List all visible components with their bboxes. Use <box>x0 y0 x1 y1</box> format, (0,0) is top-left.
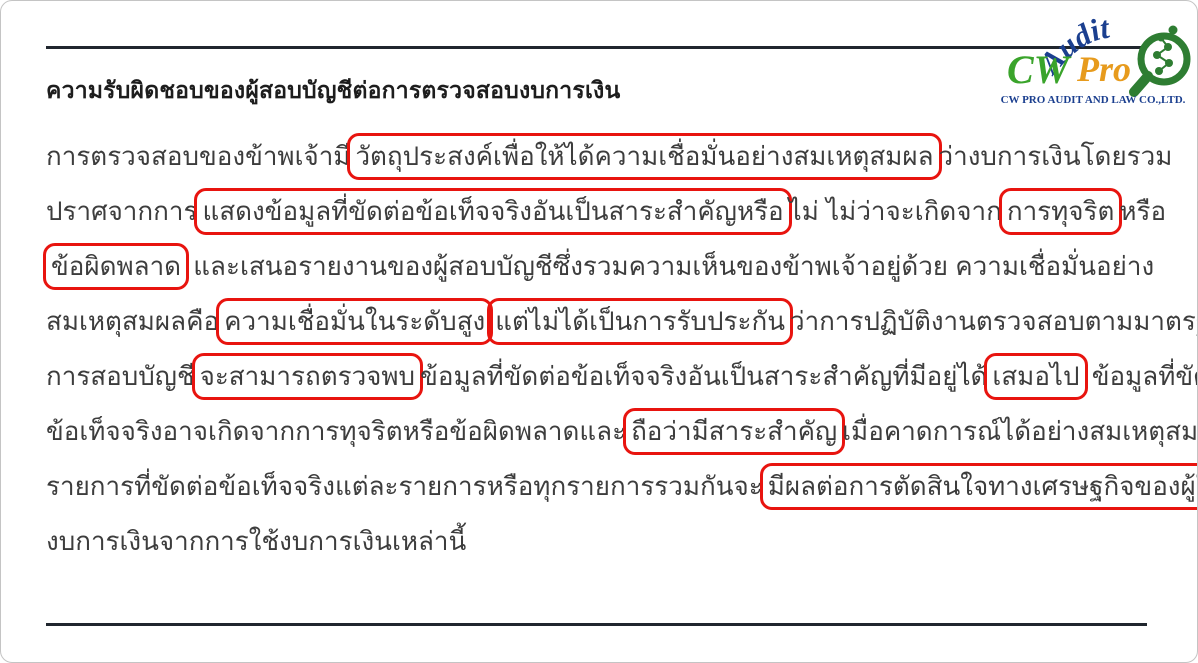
annotation-box: การทุจริต <box>999 188 1123 235</box>
text-segment: สมเหตุสมผลคือ <box>46 306 219 336</box>
paragraph: การตรวจสอบของข้าพเจ้ามีวัตถุประสงค์เพื่อ… <box>46 129 1166 569</box>
text-segment: ข้อมูลที่ขัดต่อ <box>1085 361 1198 391</box>
text-segment: ไม่ ไม่ว่าจะเกิดจาก <box>789 196 1002 226</box>
paragraph-line: ปราศจากการแสดงข้อมูลที่ขัดต่อข้อเท็จจริง… <box>46 184 1166 239</box>
text-segment: การตรวจสอบของข้าพเจ้ามี <box>46 141 350 171</box>
text-segment: การสอบบัญชี <box>46 361 195 391</box>
magnifier-network-icon <box>1134 26 1187 93</box>
text-segment: ว่างบการเงินโดยรวม <box>939 141 1173 171</box>
cwpro-audit-logo: Audit CW Pro CW PRO AUDIT AND LAW CO.,LT… <box>1001 5 1191 111</box>
annotation-box: วัตถุประสงค์เพื่อให้ได้ความเชื่อมั่นอย่า… <box>347 133 941 180</box>
logo-cw-text: CW <box>1007 47 1072 92</box>
text-segment: ปราศจากการ <box>46 196 197 226</box>
top-divider <box>46 46 1147 49</box>
document-page: Audit CW Pro CW PRO AUDIT AND LAW CO.,LT… <box>0 0 1198 663</box>
text-segment: งบการเงินจากการใช้งบการเงินเหล่านี้ <box>46 526 466 556</box>
logo-company-text: CW PRO AUDIT AND LAW CO.,LTD. <box>1001 94 1186 106</box>
annotation-box: มีผลต่อการตัดสินใจทางเศรษฐกิจของผู้ใช้ <box>760 463 1198 510</box>
paragraph-line: งบการเงินจากการใช้งบการเงินเหล่านี้ <box>46 514 1166 569</box>
text-segment: ว่าการปฏิบัติงานตรวจสอบตามมาตรฐาน <box>790 306 1198 336</box>
annotation-box: ถือว่ามีสาระสำคัญ <box>623 408 845 455</box>
annotation-box: เสมอไป <box>984 353 1087 400</box>
page-title: ความรับผิดชอบของผู้สอบบัญชีต่อการตรวจสอบ… <box>46 73 977 109</box>
bottom-divider <box>46 623 1147 626</box>
text-segment: และเสนอรายงานของผู้สอบบัญชีซึ่งรวมความเห… <box>186 251 1154 281</box>
annotation-box: ข้อผิดพลาด <box>43 243 189 290</box>
paragraph-line: การตรวจสอบของข้าพเจ้ามีวัตถุประสงค์เพื่อ… <box>46 129 1166 184</box>
text-segment: รายการที่ขัดต่อข้อเท็จจริงแต่ละรายการหรื… <box>46 471 763 501</box>
text-segment: หรือ <box>1119 196 1166 226</box>
annotation-box: ความเชื่อมั่นในระดับสูง <box>216 298 493 345</box>
annotation-box: แสดงข้อมูลที่ขัดต่อข้อเท็จจริงอันเป็นสาร… <box>194 188 791 235</box>
paragraph-line: การสอบบัญชีจะสามารถตรวจพบข้อมูลที่ขัดต่อ… <box>46 349 1166 404</box>
paragraph-line: รายการที่ขัดต่อข้อเท็จจริงแต่ละรายการหรื… <box>46 459 1166 514</box>
logo-pro-text: Pro <box>1076 49 1131 89</box>
text-segment: ข้อมูลที่ขัดต่อข้อเท็จจริงอันเป็นสาระสำค… <box>420 361 987 391</box>
text-segment: ข้อเท็จจริงอาจเกิดจากการทุจริตหรือข้อผิด… <box>46 416 626 446</box>
annotation-box: จะสามารถตรวจพบ <box>192 353 423 400</box>
annotation-box: แต่ไม่ได้เป็นการรับประกัน <box>487 298 793 345</box>
paragraph-line: ข้อเท็จจริงอาจเกิดจากการทุจริตหรือข้อผิด… <box>46 404 1166 459</box>
text-segment: เมื่อคาดการณ์ได้อย่างสมเหตุสมผลว่า <box>842 416 1198 446</box>
paragraph-line: สมเหตุสมผลคือความเชื่อมั่นในระดับสูงแต่ไ… <box>46 294 1166 349</box>
paragraph-line: ข้อผิดพลาด และเสนอรายงานของผู้สอบบัญชีซึ… <box>46 239 1166 294</box>
